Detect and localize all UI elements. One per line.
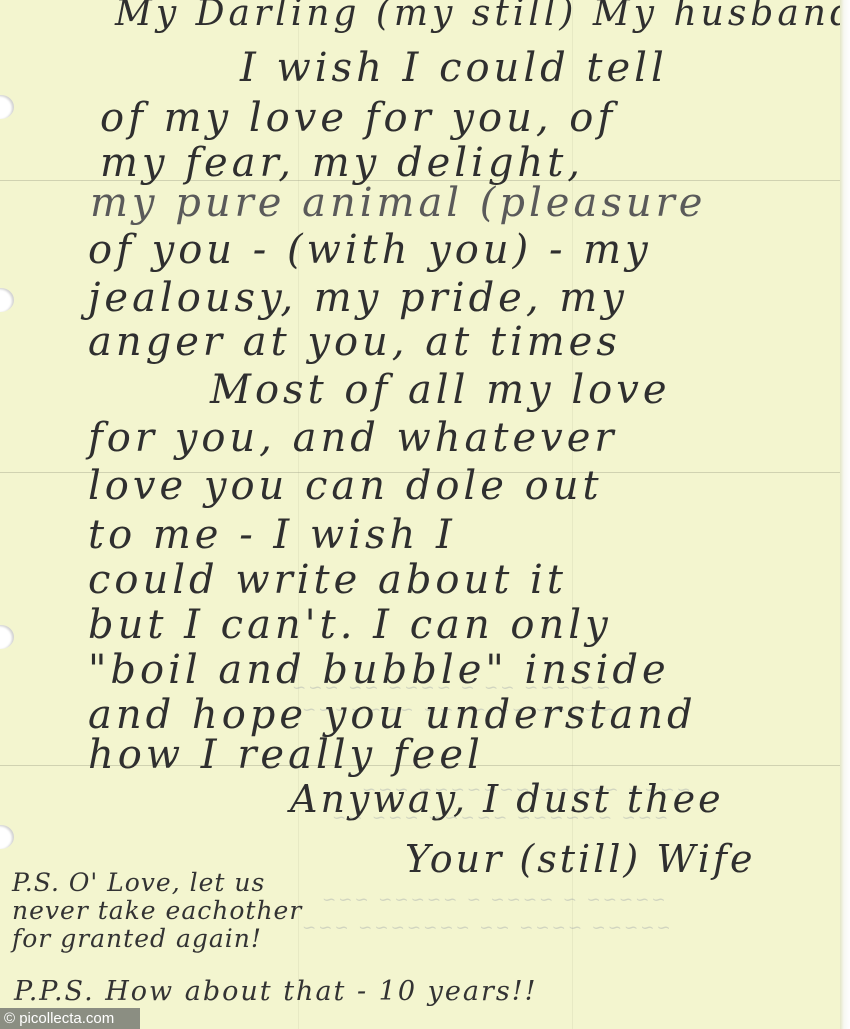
letter-line: of my love for you, of — [100, 98, 616, 138]
signature: Your (still) Wife — [405, 840, 755, 878]
letter-line: but I can't. I can only — [88, 605, 612, 645]
bleed-through-text: ~~~~~ ~ ~~~~ ~ ~~~~~ ~~~ — [320, 890, 666, 910]
postscript-line: never take eachother — [12, 898, 302, 923]
post-postscript: P.P.S. How about that - 10 years!! — [14, 978, 537, 1005]
letter-line: and hope you understand — [88, 695, 697, 735]
letter-line: my pure animal (pleasure — [90, 183, 706, 223]
salutation: My Darling (my still) My husband — [115, 0, 842, 32]
letter-line: how I really feel — [88, 735, 484, 775]
watermark: © picollecta.com — [0, 1008, 140, 1029]
letter-line: anger at you, at times — [88, 322, 621, 362]
letter-line: "boil and bubble" inside — [88, 650, 670, 690]
letter-line: my fear, my delight, — [100, 143, 584, 183]
bleed-through-text: ~~~~~ ~~~~ ~~ ~~~~~~~ ~~~ — [300, 918, 671, 938]
punch-hole — [0, 95, 14, 119]
letter-line: jealousy, my pride, my — [88, 278, 628, 318]
punch-hole — [0, 825, 14, 849]
punch-hole — [0, 288, 14, 312]
letter-line: could write about it — [88, 560, 567, 600]
letter-line: to me - I wish I — [88, 515, 456, 555]
closing-line: Anyway, I dust thee — [290, 780, 724, 818]
postscript-line: P.S. O' Love, let us — [12, 870, 265, 895]
letter-paper: ~~ ~~~ ~~ ~ ~~~~ ~~ ~~~ ~~~~~ ~~ ~~~~ ~~… — [0, 0, 842, 1029]
letter-line: love you can dole out — [88, 466, 603, 506]
letter-line: for you, and whatever — [88, 418, 618, 458]
letter-line: Most of all my love — [210, 370, 671, 410]
letter-line: I wish I could tell — [240, 48, 668, 88]
punch-hole — [0, 625, 14, 649]
letter-line: of you - (with you) - my — [88, 230, 652, 270]
paper-edge — [840, 0, 850, 1029]
postscript-line: for granted again! — [12, 926, 262, 951]
